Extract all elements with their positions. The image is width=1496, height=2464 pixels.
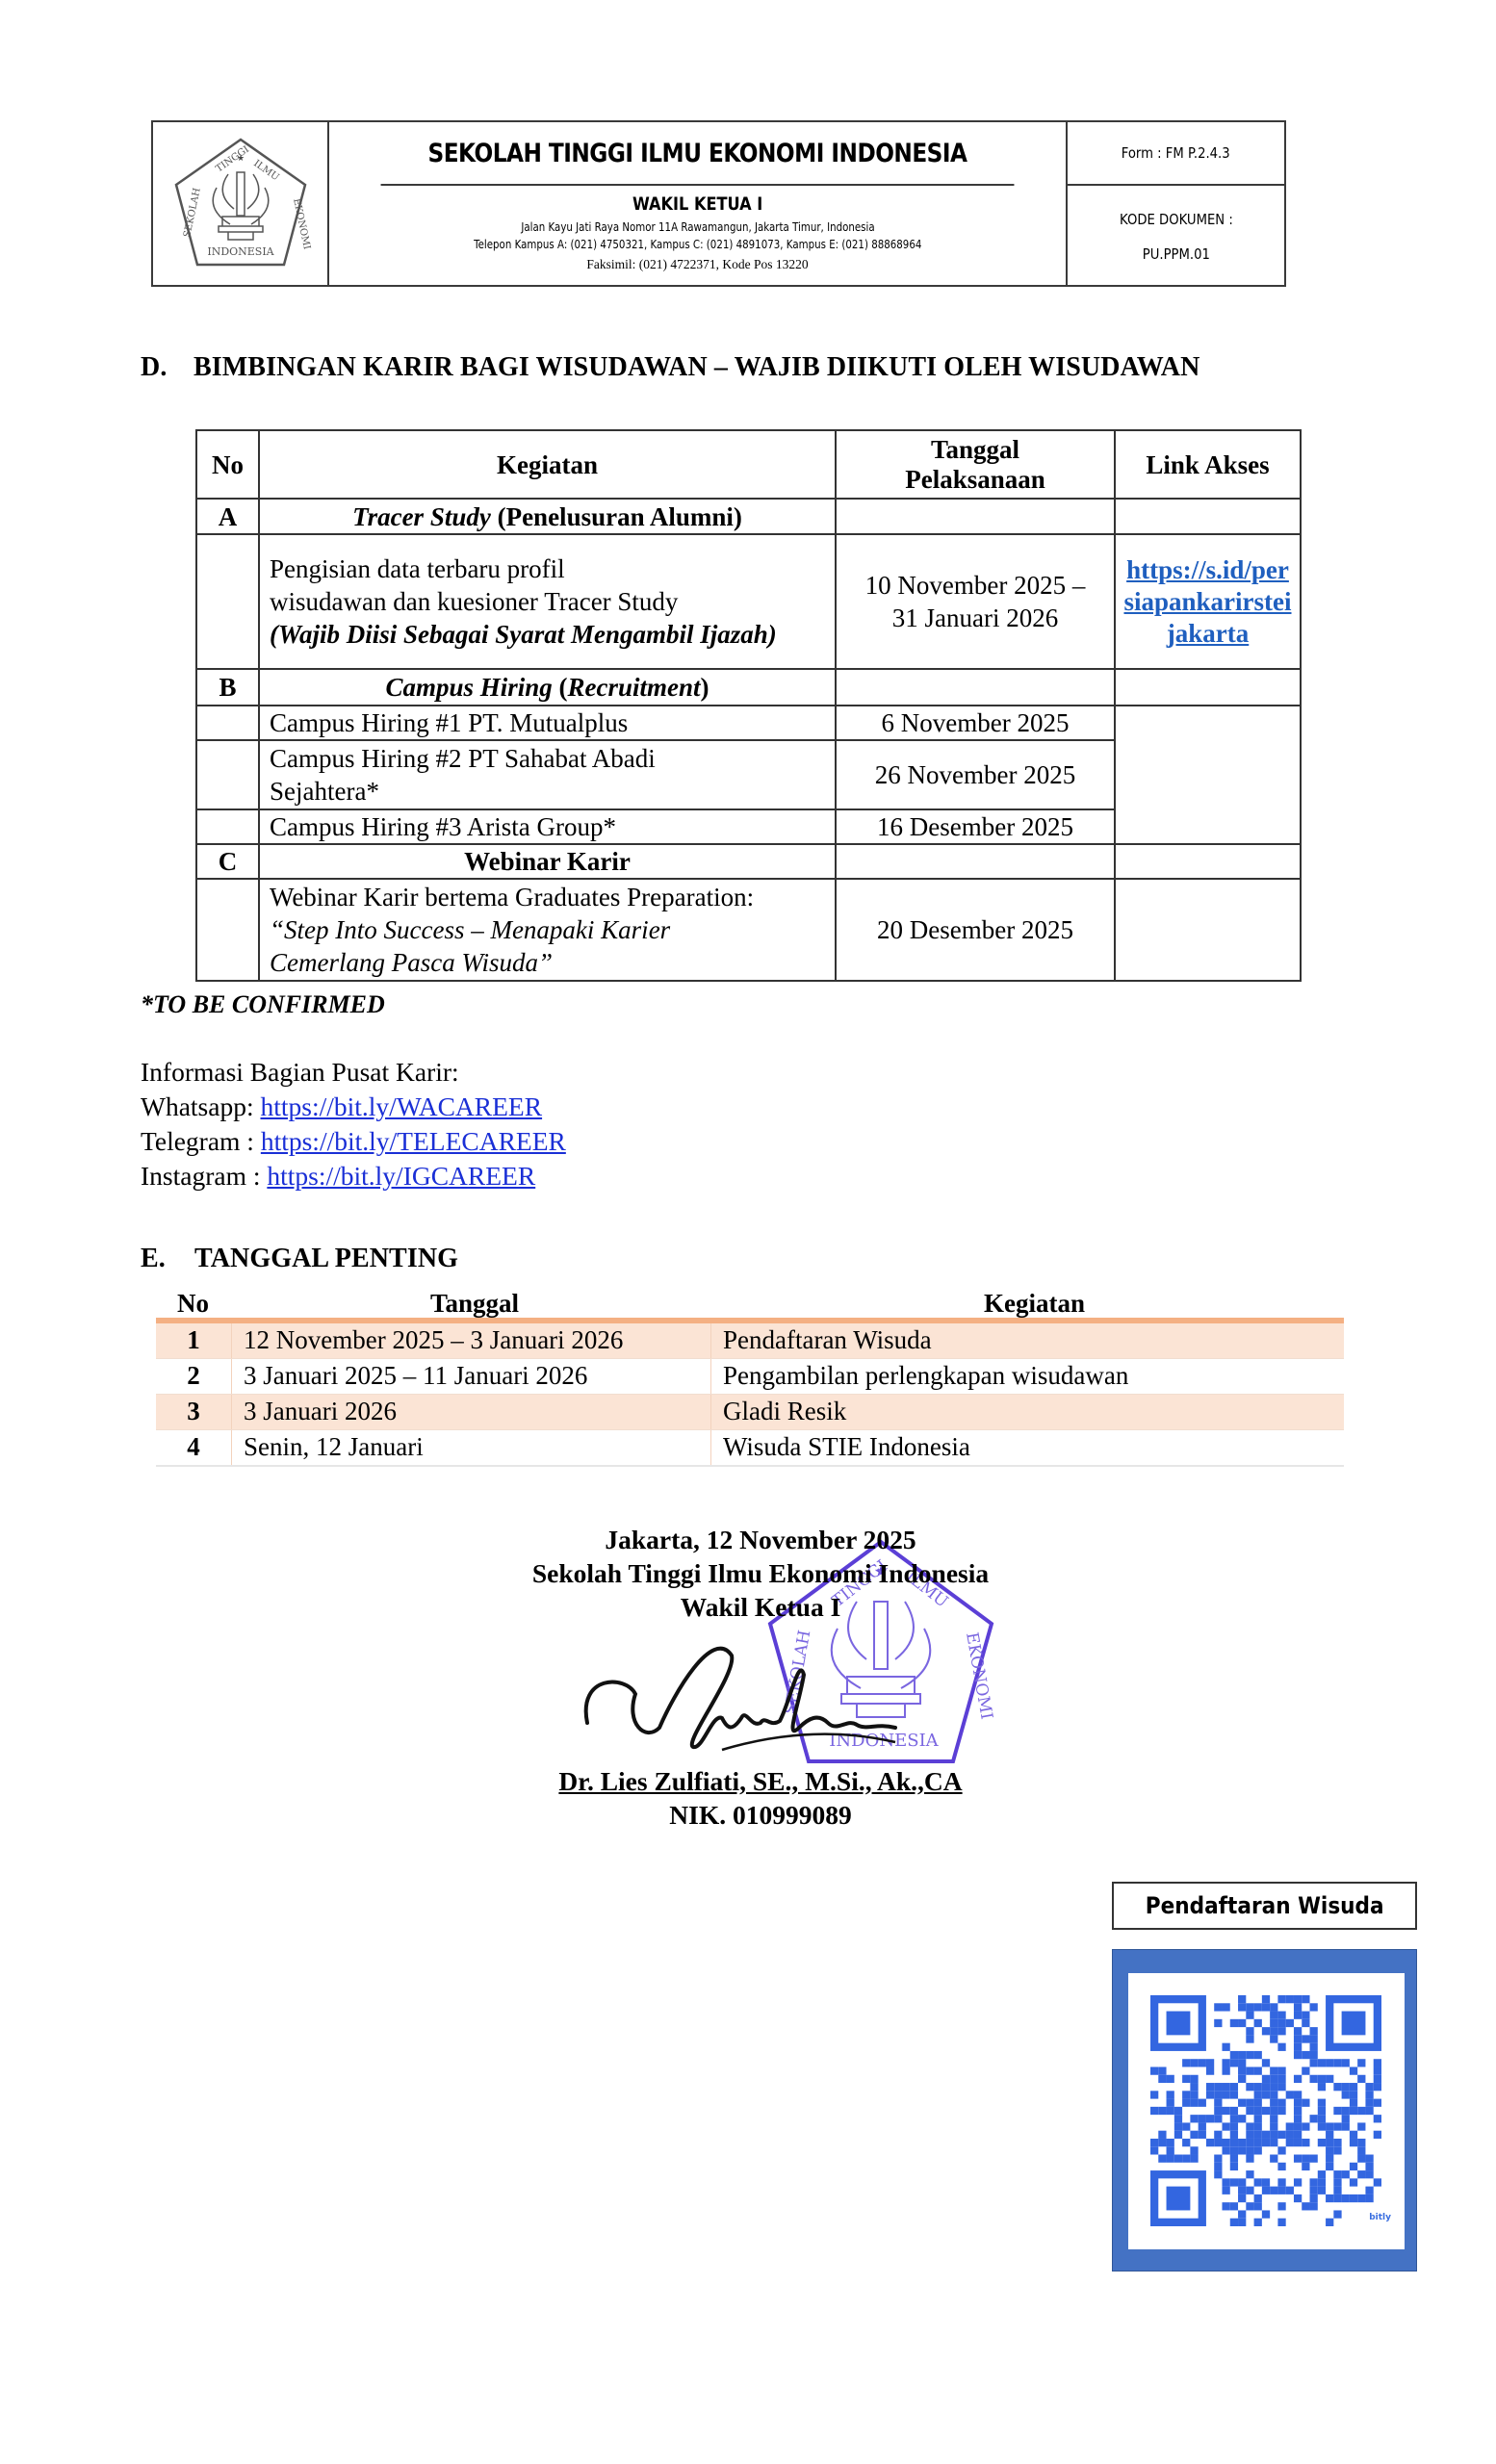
institution-crest-icon: ★ TINGGI ILMU SEKOLAH EKONOMI INDONESIA — [168, 132, 313, 276]
empty-cell — [836, 844, 1115, 879]
qr-label: Pendaftaran Wisuda — [1112, 1882, 1417, 1930]
webinar-theme: “Step Into Success – Menapaki Karier Cem… — [270, 913, 825, 979]
col-header-no: No — [196, 430, 259, 499]
group-title-italic: Tracer Study — [352, 502, 491, 531]
qr-code-icon — [1150, 1995, 1381, 2226]
row-no: 1 — [156, 1323, 232, 1358]
group-title: Campus Hiring (Recruitment) — [259, 669, 836, 706]
col-header-date: Tanggal — [430, 1289, 519, 1319]
row-activity: Pendaftaran Wisuda — [711, 1323, 1344, 1358]
form-code: Form : FM P.2.4.3 — [1122, 144, 1230, 162]
table-header-row: No Tanggal Kegiatan — [156, 1295, 1344, 1318]
place-date: Jakarta, 12 November 2025 — [385, 1523, 1136, 1556]
contact-label: Whatsapp: — [141, 1091, 260, 1121]
empty-link-cell — [1115, 706, 1301, 844]
svg-text:INDONESIA: INDONESIA — [207, 245, 274, 258]
career-info-heading: Informasi Bagian Pusat Karir: — [141, 1055, 566, 1090]
group-title-italic: Campus Hiring — [385, 673, 552, 702]
contact-whatsapp: Whatsapp: https://bit.ly/WACAREER — [141, 1090, 566, 1124]
group-title: Webinar Karir — [259, 844, 836, 879]
empty-cell — [1115, 879, 1301, 981]
signatory-nik: NIK. 010999089 — [385, 1798, 1136, 1832]
empty-cell — [196, 740, 259, 809]
table-header-row: No Kegiatan Tanggal Pelaksanaan Link Aks… — [196, 430, 1301, 499]
doc-code-cell: KODE DOKUMEN : PU.PPM.01 — [1066, 186, 1284, 287]
empty-cell — [196, 534, 259, 669]
group-title-rest: ) — [701, 673, 709, 702]
table-row: 1 12 November 2025 – 3 Januari 2026 Pend… — [156, 1323, 1344, 1359]
activity-note: (Wajib Diisi Sebagai Syarat Mengambil Ij… — [270, 618, 825, 651]
activity-line: Webinar Karir bertema Graduates Preparat… — [270, 881, 825, 913]
col-header-no: No — [177, 1289, 209, 1319]
bitly-brand: bitly — [1369, 2213, 1391, 2222]
table-row: Campus Hiring #1 PT. Mutualplus 6 Novemb… — [196, 706, 1301, 740]
group-title-rest: (Penelusuran Alumni) — [491, 502, 742, 531]
date-cell: 10 November 2025 – 31 Januari 2026 — [836, 534, 1115, 669]
activity-cell: Campus Hiring #3 Arista Group* — [259, 809, 836, 844]
footnote: *TO BE CONFIRMED — [141, 990, 385, 1019]
phone: Telepon Kampus A: (021) 4750321, Kampus … — [474, 236, 921, 253]
empty-cell — [836, 669, 1115, 706]
empty-cell — [196, 809, 259, 844]
group-title-rest: ( — [553, 673, 568, 702]
letterhead: ★ TINGGI ILMU SEKOLAH EKONOMI INDONESIA … — [151, 120, 1286, 287]
activity-cell: Pengisian data terbaru profil wisudawan … — [259, 534, 836, 669]
group-row-a: A Tracer Study (Penelusuran Alumni) — [196, 499, 1301, 534]
section-heading: TANGGAL PENTING — [194, 1244, 458, 1273]
col-header-activity: Kegiatan — [259, 430, 836, 499]
row-activity: Gladi Resik — [711, 1395, 1344, 1429]
col-header-date: Tanggal Pelaksanaan — [836, 430, 1115, 499]
doc-code: PU.PPM.01 — [1142, 237, 1209, 271]
date-cell: 26 November 2025 — [836, 740, 1115, 809]
career-info: Informasi Bagian Pusat Karir: Whatsapp: … — [141, 1055, 566, 1193]
table-row: 2 3 Januari 2025 – 11 Januari 2026 Penga… — [156, 1359, 1344, 1395]
qr-label-text: Pendaftaran Wisuda — [1146, 1892, 1384, 1919]
date-cell: 6 November 2025 — [836, 706, 1115, 740]
activity-cell: Webinar Karir bertema Graduates Preparat… — [259, 879, 836, 981]
empty-cell — [836, 499, 1115, 534]
institution-name: SEKOLAH TINGGI ILMU EKONOMI INDONESIA — [381, 122, 1015, 186]
table-row: 3 3 Januari 2026 Gladi Resik — [156, 1395, 1344, 1430]
signatory-institution: Sekolah Tinggi Ilmu Ekonomi Indonesia — [385, 1556, 1136, 1590]
contact-telegram: Telegram : https://bit.ly/TELECAREER — [141, 1124, 566, 1159]
registration-qr-code[interactable]: bitly — [1112, 1949, 1417, 2271]
career-guidance-table: No Kegiatan Tanggal Pelaksanaan Link Aks… — [195, 429, 1302, 982]
row-no: 3 — [156, 1395, 232, 1429]
table-row: 4 Senin, 12 Januari Wisuda STIE Indonesi… — [156, 1430, 1344, 1467]
col-header-activity: Kegiatan — [984, 1289, 1085, 1319]
doc-code-label: KODE DOKUMEN : — [1120, 202, 1233, 237]
section-d-title: D.BIMBINGAN KARIR BAGI WISUDAWAN – WAJIB… — [141, 352, 1199, 383]
activity-cell: Campus Hiring #2 PT Sahabat Abadi Sejaht… — [259, 740, 836, 809]
empty-cell — [1115, 669, 1301, 706]
section-e-title: E.TANGGAL PENTING — [141, 1244, 458, 1274]
important-dates-table: No Tanggal Kegiatan 1 12 November 2025 –… — [156, 1295, 1344, 1467]
row-activity: Wisuda STIE Indonesia — [711, 1430, 1344, 1465]
activity-line: wisudawan dan kuesioner Tracer Study — [270, 585, 825, 618]
row-date: 12 November 2025 – 3 Januari 2026 — [232, 1323, 711, 1358]
group-row-b: B Campus Hiring (Recruitment) — [196, 669, 1301, 706]
activity-line: Pengisian data terbaru profil — [270, 552, 825, 585]
address: Jalan Kayu Jati Raya Nomor 11A Rawamangu… — [521, 218, 874, 236]
fax: Faksimil: (021) 4722371, Kode Pos 13220 — [586, 257, 808, 272]
row-date: Senin, 12 Januari — [232, 1430, 711, 1465]
date-cell: 20 Desember 2025 — [836, 879, 1115, 981]
group-title-italic: Recruitment — [568, 673, 701, 702]
col-header-link: Link Akses — [1115, 430, 1301, 499]
contact-label: Instagram : — [141, 1161, 267, 1191]
signatory-position: Wakil Ketua I — [385, 1590, 1136, 1624]
date-cell: 16 Desember 2025 — [836, 809, 1115, 844]
group-title: Tracer Study (Penelusuran Alumni) — [259, 499, 836, 534]
group-code: A — [196, 499, 259, 534]
group-row-c: C Webinar Karir — [196, 844, 1301, 879]
qr-code-area: bitly — [1128, 1973, 1405, 2249]
telegram-link[interactable]: https://bit.ly/TELECAREER — [261, 1126, 566, 1156]
table-row: Webinar Karir bertema Graduates Preparat… — [196, 879, 1301, 981]
contact-instagram: Instagram : https://bit.ly/IGCAREER — [141, 1159, 566, 1193]
unit-name: WAKIL KETUA I — [632, 193, 762, 215]
activity-cell: Campus Hiring #1 PT. Mutualplus — [259, 706, 836, 740]
date-line: 10 November 2025 – — [846, 569, 1104, 602]
empty-cell — [1115, 844, 1301, 879]
col-header-date-line1: Tanggal — [931, 435, 1019, 464]
form-code-cell: Form : FM P.2.4.3 — [1066, 122, 1284, 186]
contact-label: Telegram : — [141, 1126, 261, 1156]
empty-cell — [1115, 499, 1301, 534]
empty-cell — [196, 706, 259, 740]
date-line: 31 Januari 2026 — [846, 602, 1104, 634]
letterhead-details: WAKIL KETUA I Jalan Kayu Jati Raya Nomor… — [329, 186, 1066, 287]
section-letter: E. — [141, 1244, 194, 1274]
group-code: C — [196, 844, 259, 879]
table-row: Pengisian data terbaru profil wisudawan … — [196, 534, 1301, 669]
row-no: 4 — [156, 1430, 232, 1465]
row-date: 3 Januari 2025 – 11 Januari 2026 — [232, 1359, 711, 1394]
group-code: B — [196, 669, 259, 706]
col-header-date-line2: Pelaksanaan — [905, 465, 1045, 494]
logo-cell: ★ TINGGI ILMU SEKOLAH EKONOMI INDONESIA — [153, 122, 329, 285]
instagram-link[interactable]: https://bit.ly/IGCAREER — [267, 1161, 535, 1191]
signatory-name: Dr. Lies Zulfiati, SE., M.Si., Ak.,CA — [385, 1764, 1136, 1798]
row-date: 3 Januari 2026 — [232, 1395, 711, 1429]
section-heading: BIMBINGAN KARIR BAGI WISUDAWAN – WAJIB D… — [193, 352, 1199, 382]
handwritten-signature-icon — [568, 1636, 934, 1761]
empty-cell — [196, 879, 259, 981]
tracer-study-link[interactable]: https://s.id/persiapankarirsteijakarta — [1115, 534, 1301, 669]
whatsapp-link[interactable]: https://bit.ly/WACAREER — [260, 1091, 542, 1121]
row-activity: Pengambilan perlengkapan wisudawan — [711, 1359, 1344, 1394]
row-no: 2 — [156, 1359, 232, 1394]
section-letter: D. — [141, 352, 193, 383]
